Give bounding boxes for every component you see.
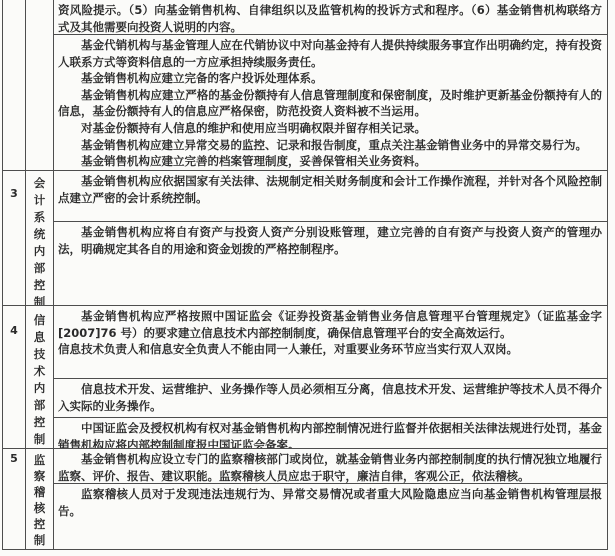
section-header-char: 制 (34, 431, 46, 448)
document-page: 资风险提示。（5）向基金销售机构、自律组织以及监管机构的投诉方式和程序。（6）基… (0, 0, 615, 556)
section-header-char: 控 (34, 516, 46, 532)
row-content: 基金销售机构应依据国家有关法律、法规制定相关财务制度和会计工作操作流程，并针对各… (54, 171, 607, 305)
section-header-char: 会 (34, 175, 46, 192)
section-header-char: 核 (34, 500, 46, 516)
provision-text: 基金销售机构应依据国家有关法律、法规制定相关财务制度和会计工作操作流程，并针对各… (58, 173, 602, 206)
table-row: 5监察稽核控制基金销售机构应设立专门的监察稽核部门或岗位，就基金销售业务内部控制… (3, 448, 607, 550)
provision-text: 监察稽核人员对于发现违法违规行为、异常交易情况或者重大风险隐患应当向基金销售机构… (58, 486, 602, 519)
provision-text: 基金销售机构应建立异常交易的监控、记录和报告制度，重点关注基金销售业务中的异常交… (58, 137, 602, 154)
provision-cell: 监察稽核人员对于发现违法违规行为、异常交易情况或者重大风险隐患应当向基金销售机构… (54, 483, 607, 550)
section-header-char: 息 (34, 329, 46, 346)
row-section-header: 信息技术内部控制 (26, 306, 54, 448)
section-header-char: 监 (34, 452, 46, 468)
provision-text: 基金销售机构应严格按照中国证监会《证券投资基金销售业务信息管理平台管理规定》（证… (58, 308, 602, 341)
provision-text: 基金销售机构应设立专门的监察稽核部门或岗位，就基金销售业务内部控制制度的执行情况… (58, 451, 602, 483)
table-row: 4信息技术内部控制基金销售机构应严格按照中国证监会《证券投资基金销售业务信息管理… (3, 305, 607, 448)
provision-text: 基金销售机构应建立严格的基金份额持有人信息管理制度和保密制度，及时维护更新基金份… (58, 87, 602, 120)
row-section-header: 会计系统内部控制 (26, 171, 54, 305)
row-content: 资风险提示。（5）向基金销售机构、自律组织以及监管机构的投诉方式和程序。（6）基… (54, 0, 607, 170)
table-row: 3会计系统内部控制基金销售机构应依据国家有关法律、法规制定相关财务制度和会计工作… (3, 170, 607, 305)
section-header-char: 术 (34, 363, 46, 380)
provision-cell: 资风险提示。（5）向基金销售机构、自律组织以及监管机构的投诉方式和程序。（6）基… (54, 0, 607, 34)
section-header-char: 内 (34, 380, 46, 397)
provision-cell: 基金销售机构应依据国家有关法律、法规制定相关财务制度和会计工作操作流程，并针对各… (54, 171, 607, 221)
row-number: 3 (3, 171, 26, 305)
section-header-char: 稽 (34, 484, 46, 500)
section-header-char: 察 (34, 468, 46, 484)
row-content: 基金销售机构应设立专门的监察稽核部门或岗位，就基金销售业务内部控制制度的执行情况… (54, 449, 607, 550)
provision-text: 基金代销机构与基金管理人应在代销协议中对向基金持有人提供持续服务事宜作出明确约定… (58, 37, 602, 70)
row-section-header (26, 0, 54, 170)
section-header-char: 统 (34, 226, 46, 243)
row-content: 基金销售机构应严格按照中国证监会《证券投资基金销售业务信息管理平台管理规定》（证… (54, 306, 607, 448)
provision-text: 信息技术负责人和信息安全负责人不能由同一人兼任，对重要业务环节应当实行双人双岗。 (58, 341, 602, 358)
provision-text: 信息技术开发、运营维护、业务操作等人员必须相互分离，信息技术开发、运营维护等技术… (58, 381, 602, 414)
provision-cell: 基金代销机构与基金管理人应在代销协议中对向基金持有人提供持续服务事宜作出明确约定… (54, 34, 607, 170)
provision-text: 对基金份额持有人信息的维护和使用应当明确权限并留存相关记录。 (58, 120, 602, 137)
section-header-char: 制 (34, 294, 46, 305)
section-header-char: 计 (34, 192, 46, 209)
section-header-char: 控 (34, 414, 46, 431)
section-header-char: 部 (34, 397, 46, 414)
provision-text: 中国证监会及授权机构有权对基金销售机构内部控制情况进行监督并依据相关法律法规进行… (58, 420, 602, 448)
provision-cell: 信息技术开发、运营维护、业务操作等人员必须相互分离，信息技术开发、运营维护等技术… (54, 378, 607, 417)
section-header-char: 制 (34, 532, 46, 548)
section-header-char: 信 (34, 312, 46, 329)
row-number: 4 (3, 306, 26, 448)
section-header-char: 部 (34, 260, 46, 277)
provision-text: 基金销售机构应将自有资产与投资人资产分别设账管理，建立完善的自有资产与投资人资产… (58, 224, 602, 257)
section-header-char: 系 (34, 209, 46, 226)
row-number: 5 (3, 449, 26, 550)
internal-control-table: 资风险提示。（5）向基金销售机构、自律组织以及监管机构的投诉方式和程序。（6）基… (2, 0, 608, 550)
table-row: 资风险提示。（5）向基金销售机构、自律组织以及监管机构的投诉方式和程序。（6）基… (3, 0, 607, 170)
provision-text: 资风险提示。（5）向基金销售机构、自律组织以及监管机构的投诉方式和程序。（6）基… (58, 2, 602, 34)
provision-text: 基金销售机构应建立完善的档案管理制度，妥善保管相关业务资料。 (58, 153, 602, 170)
section-header-char: 技 (34, 346, 46, 363)
row-section-header: 监察稽核控制 (26, 449, 54, 550)
provision-cell: 中国证监会及授权机构有权对基金销售机构内部控制情况进行监督并依据相关法律法规进行… (54, 417, 607, 448)
provision-cell: 基金销售机构应设立专门的监察稽核部门或岗位，就基金销售业务内部控制制度的执行情况… (54, 449, 607, 483)
row-number (3, 0, 26, 170)
provision-cell: 基金销售机构应将自有资产与投资人资产分别设账管理，建立完善的自有资产与投资人资产… (54, 221, 607, 305)
section-header-char: 控 (34, 277, 46, 294)
provision-text: 基金销售机构应建立完备的客户投诉处理体系。 (58, 70, 602, 87)
provision-cell: 基金销售机构应严格按照中国证监会《证券投资基金销售业务信息管理平台管理规定》（证… (54, 306, 607, 378)
section-header-char: 内 (34, 243, 46, 260)
